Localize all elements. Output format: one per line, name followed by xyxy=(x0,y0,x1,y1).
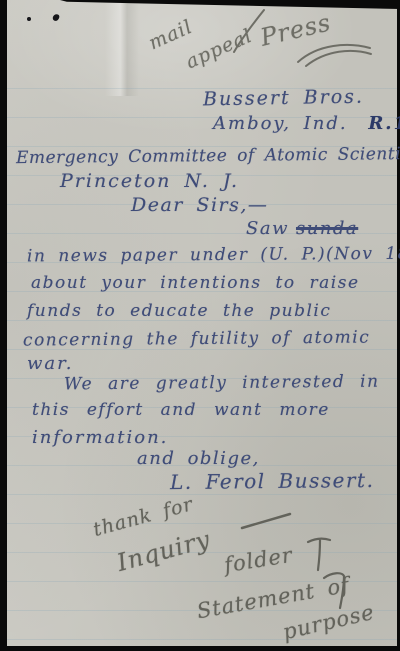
staple-mark xyxy=(27,17,31,21)
recipient-city: Princeton N. J. xyxy=(60,170,239,192)
body-opening: Sawsunda xyxy=(246,218,358,239)
sender-city: Amboy, Ind. xyxy=(213,113,348,134)
folder-tick-mark xyxy=(306,536,332,572)
dash-mark xyxy=(240,512,292,530)
staple-mark xyxy=(52,13,60,22)
body-line: in news paper under (U. P.)(Nov 18) xyxy=(27,244,400,267)
body-line: information. xyxy=(32,427,168,448)
closing: and oblige, xyxy=(137,448,260,469)
signature: L. Ferol Bussert. xyxy=(170,468,375,494)
body-line: war. xyxy=(27,353,74,374)
body-line: about your intentions to raise xyxy=(31,273,360,293)
body-line: funds to educate the public xyxy=(27,301,331,321)
scanned-letter-page: mail appeal Press Bussert Bros. Amboy, I… xyxy=(0,0,400,651)
body-line: this effort and want more xyxy=(32,400,330,420)
opening-word: Saw xyxy=(246,218,289,239)
paper-crease xyxy=(105,0,139,96)
sender-name: Bussert Bros. xyxy=(203,86,364,111)
recipient-name: Emergency Committee of Atomic Scientists xyxy=(16,144,400,168)
struck-word: sunda xyxy=(296,218,358,239)
press-flourish-mark xyxy=(296,40,374,68)
sender-route: R.1. xyxy=(368,113,400,134)
salutation: Dear Sirs,— xyxy=(131,194,268,216)
statement-bracket-mark xyxy=(322,568,346,610)
sender-address: Amboy, Ind. R.1. xyxy=(213,113,400,134)
body-line: We are greatly interested in xyxy=(64,372,380,395)
body-line: concerning the futility of atomic xyxy=(23,327,370,350)
